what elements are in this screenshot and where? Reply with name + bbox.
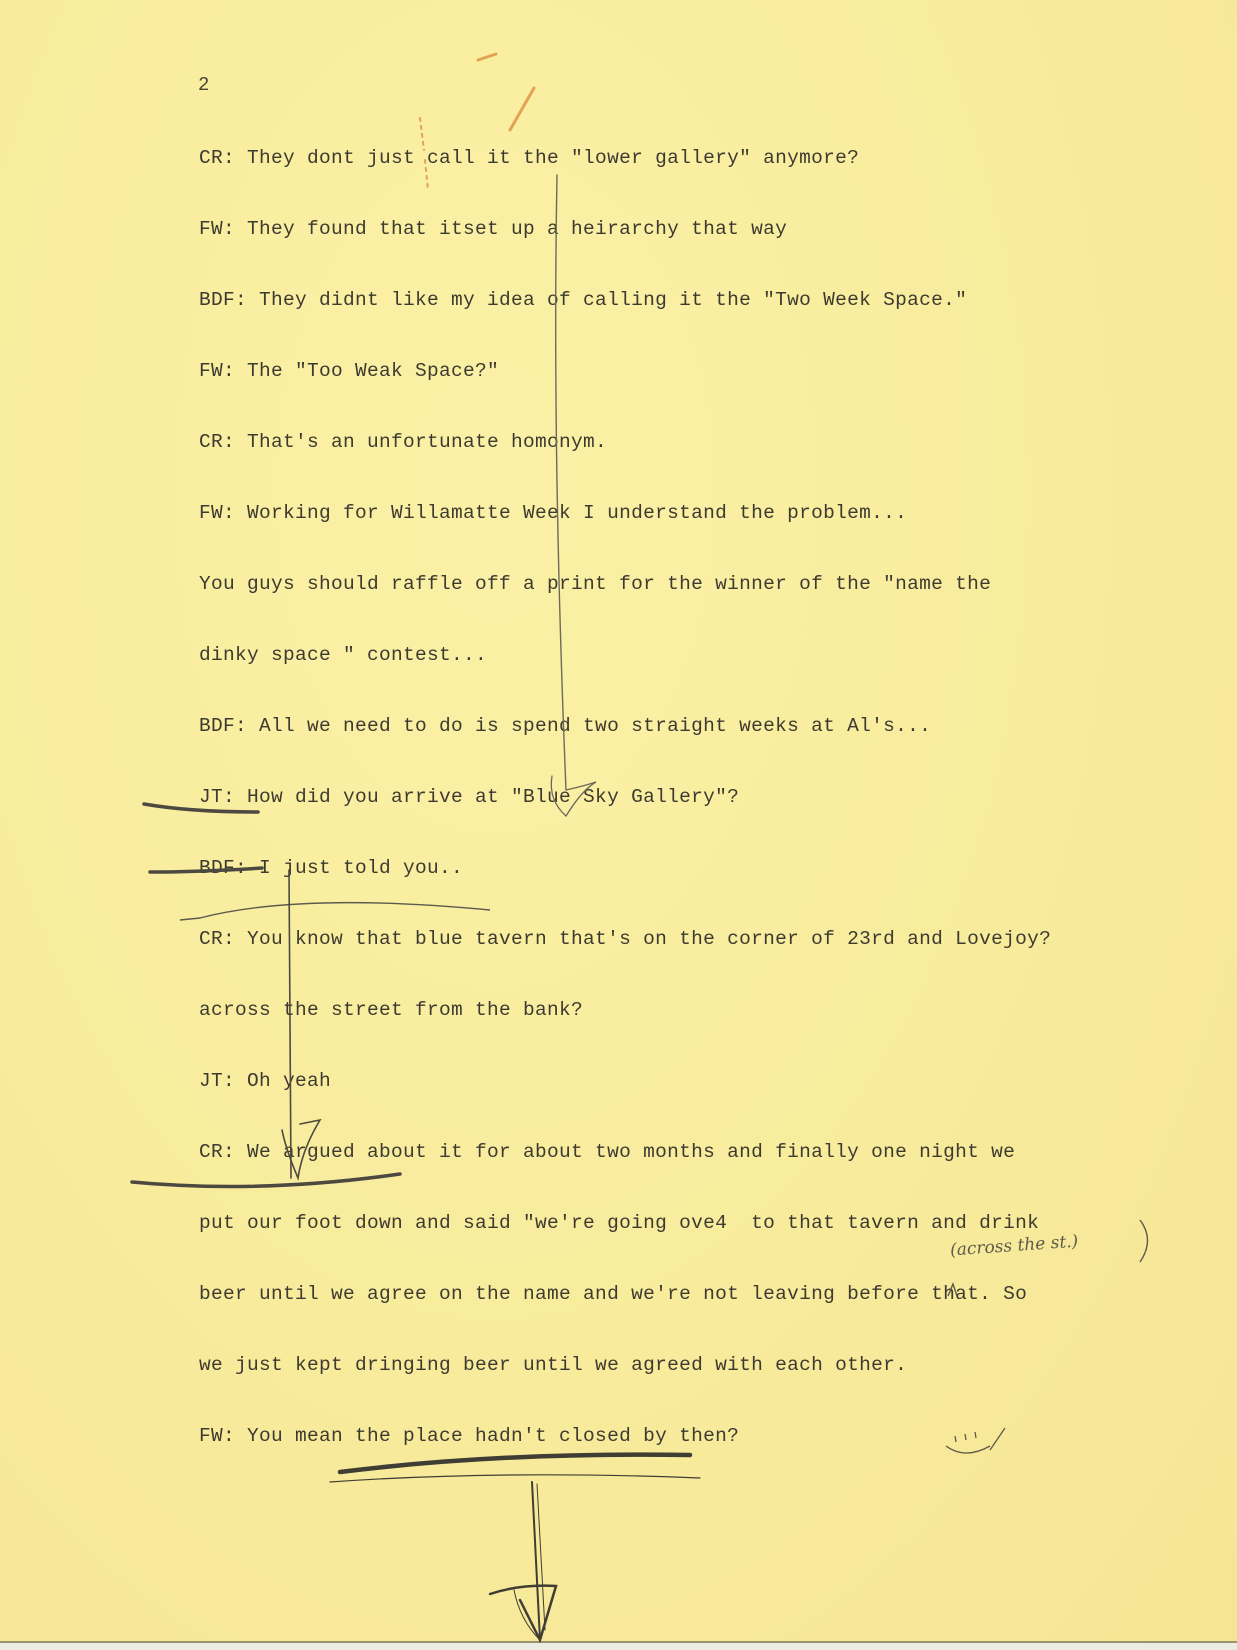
pencil-marks	[0, 0, 1237, 1650]
stain-marks	[420, 54, 534, 190]
arrow-down-icon	[282, 870, 320, 1178]
closing-paren-mark	[1140, 1220, 1148, 1262]
arrow-down-icon	[551, 175, 596, 816]
underline-mark	[330, 1455, 700, 1482]
margin-marks	[132, 804, 400, 1187]
arrow-down-icon	[490, 1482, 556, 1640]
insertion-caret	[948, 1284, 957, 1296]
strikethrough-mark	[180, 903, 490, 920]
trailing-marks	[946, 1428, 1005, 1453]
